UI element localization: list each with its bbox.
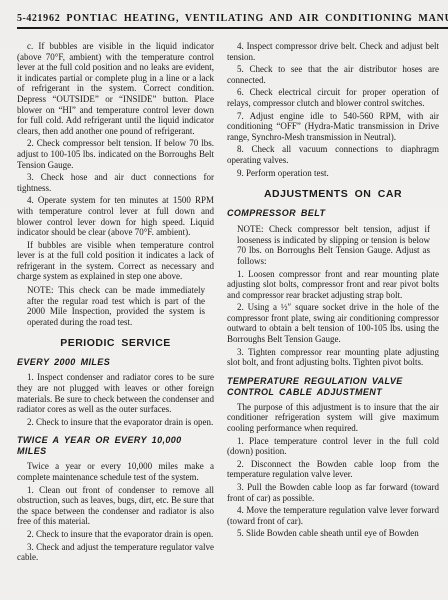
body-paragraph: 3. Pull the Bowden cable loop as far for… [227, 480, 439, 503]
body-paragraph: 3. Check hose and air duct connections f… [17, 170, 214, 193]
body-paragraph: 9. Perform operation test. [227, 166, 439, 179]
page-title: 1962 PONTIAC HEATING, VENTILATING AND AI… [37, 13, 448, 24]
page-body: c. If bubbles are visible in the liquid … [0, 29, 448, 563]
section-heading: PERIODIC SERVICE [17, 337, 214, 349]
body-paragraph: 2. Disconnect the Bowden cable loop from… [227, 457, 439, 480]
body-paragraph: 1. Inspect condenser and radiator cores … [17, 370, 214, 414]
note-paragraph: NOTE: This check can be made immediately… [27, 282, 205, 327]
right-column: 4. Inspect compressor drive belt. Check … [227, 39, 439, 539]
body-paragraph: 2. Check to insure that the evaporator d… [17, 415, 214, 428]
subsection-heading: TEMPERATURE REGULATION VALVE CONTROL CAB… [227, 376, 439, 398]
body-paragraph: Twice a year or every 10,000 miles make … [17, 459, 214, 482]
body-paragraph: c. If bubbles are visible in the liquid … [17, 39, 214, 136]
body-paragraph: 1. Loosen compressor front and rear moun… [227, 267, 439, 301]
body-paragraph: 2. Check compressor belt tension. If bel… [17, 136, 214, 170]
body-paragraph: 8. Check all vacuum connections to diaph… [227, 142, 439, 165]
body-paragraph: 2. Check to insure that the evaporator d… [17, 527, 214, 540]
page-number: 5-42 [17, 13, 37, 24]
body-paragraph: 1. Clean out front of condenser to remov… [17, 483, 214, 527]
body-paragraph: 1. Place temperature control lever in th… [227, 434, 439, 457]
body-paragraph: 3. Tighten compressor rear mounting plat… [227, 345, 439, 368]
subsection-heading: EVERY 2000 MILES [17, 357, 214, 368]
body-paragraph: 5. Check to see that the air distributor… [227, 62, 439, 85]
body-paragraph: 6. Check electrical circuit for proper o… [227, 85, 439, 108]
body-paragraph: 4. Inspect compressor drive belt. Check … [227, 39, 439, 62]
body-paragraph: 2. Using a ½″ square socket drive in the… [227, 300, 439, 344]
body-paragraph: 7. Adjust engine idle to 540-560 RPM, wi… [227, 109, 439, 143]
section-heading: ADJUSTMENTS ON CAR [227, 188, 439, 200]
note-paragraph: NOTE: Check compressor belt tension, adj… [237, 221, 430, 266]
body-paragraph: 3. Check and adjust the temperature regu… [17, 540, 214, 563]
manual-page-scan: 5-42 1962 PONTIAC HEATING, VENTILATING A… [0, 0, 448, 600]
body-paragraph: 4. Operate system for ten minutes at 150… [17, 193, 214, 237]
body-paragraph: The purpose of this adjustment is to ins… [227, 400, 439, 434]
body-paragraph: 4. Move the temperature regulation valve… [227, 503, 439, 526]
subsection-heading: TWICE A YEAR OR EVERY 10,000 MILES [17, 435, 214, 457]
subsection-heading: COMPRESSOR BELT [227, 208, 439, 219]
body-paragraph: If bubbles are visible when temperature … [17, 238, 214, 282]
page-header: 5-42 1962 PONTIAC HEATING, VENTILATING A… [0, 0, 448, 24]
body-paragraph: 5. Slide Bowden cable sheath until eye o… [227, 526, 439, 539]
left-column: c. If bubbles are visible in the liquid … [17, 39, 214, 563]
